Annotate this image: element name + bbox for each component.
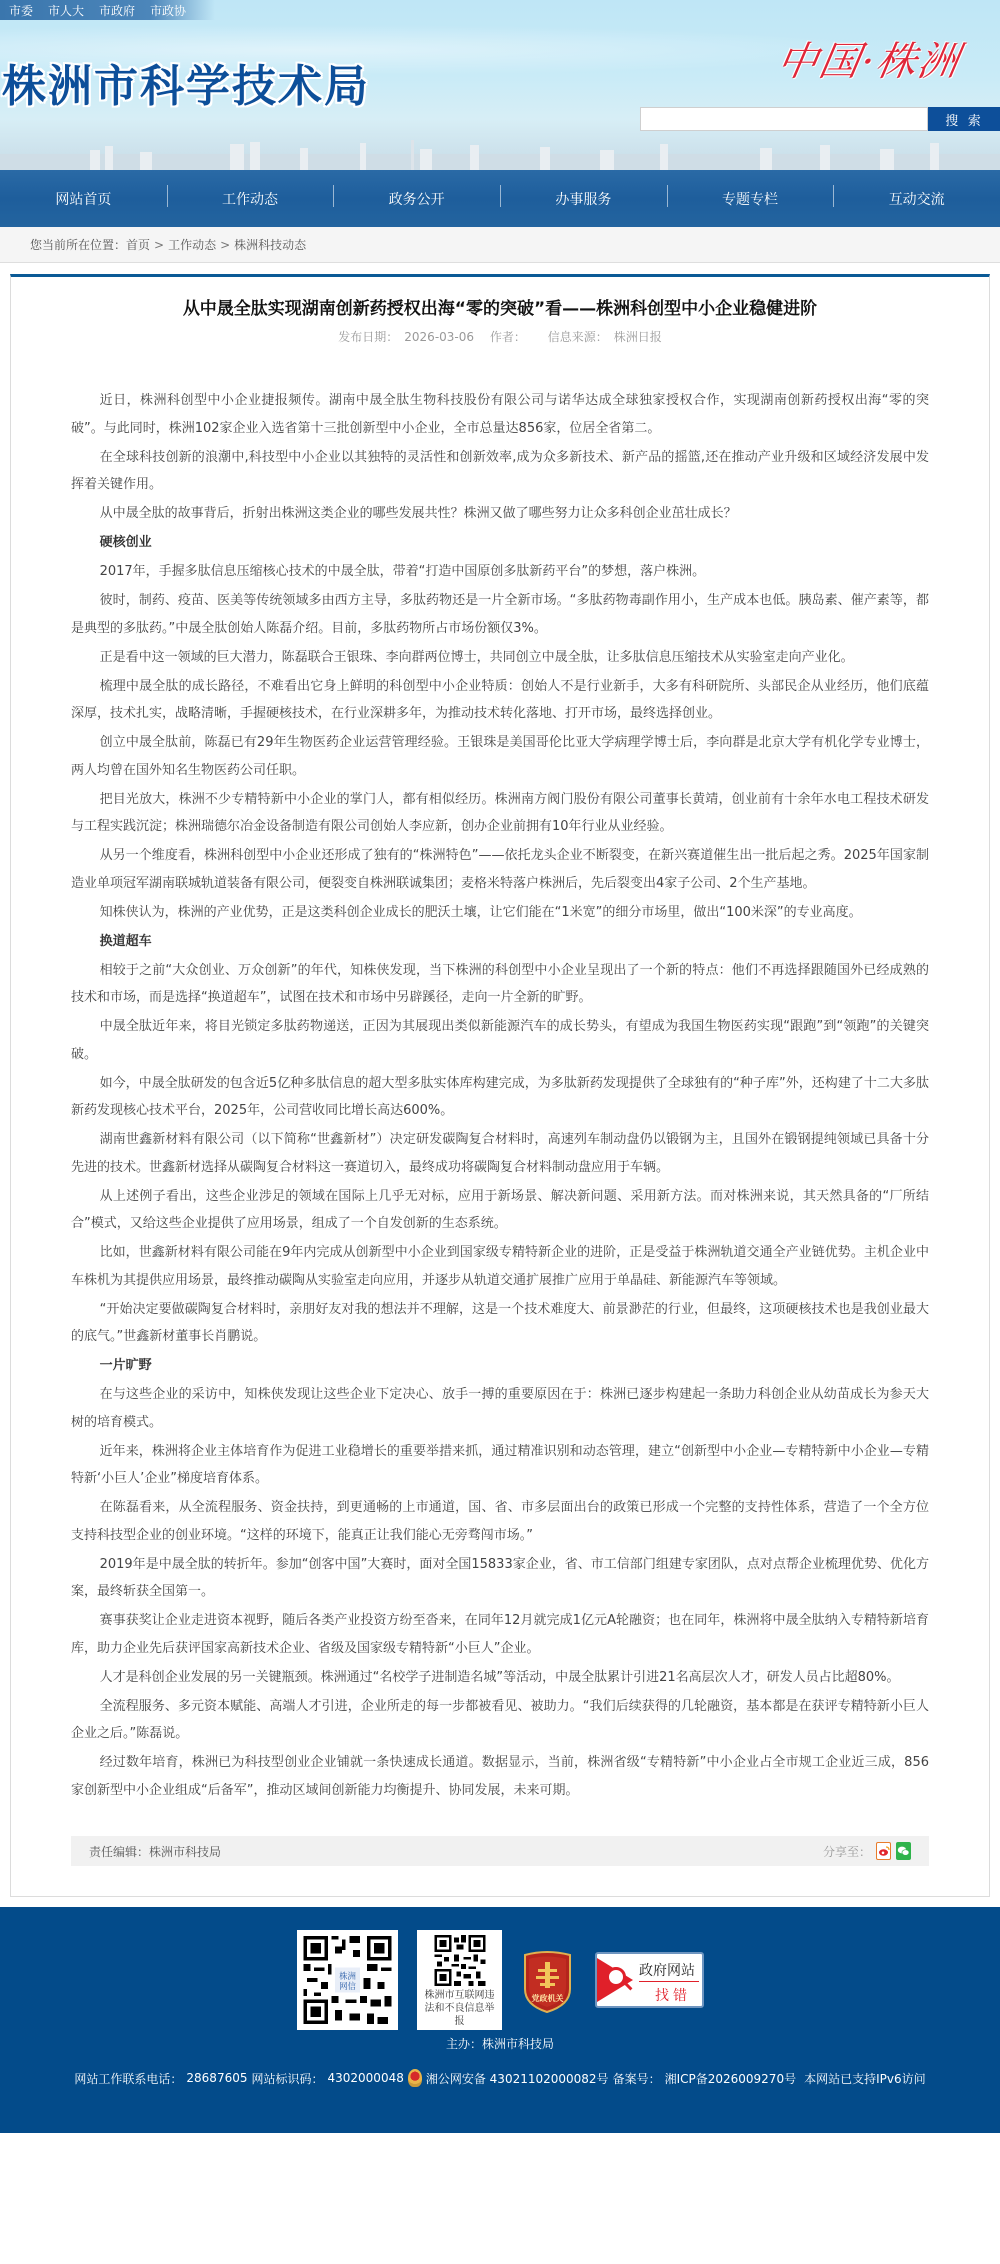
- editor-value: 株洲市科技局: [149, 1845, 221, 1859]
- main-nav: 网站首页 工作动态 政务公开 办事服务 专题专栏 互动交流: [0, 170, 1000, 227]
- findbug-subtitle: 找错: [655, 1985, 691, 2005]
- site-footer: 株洲 网信 株洲市互联网违法和不良信息举报: [0, 1907, 1000, 2133]
- article-paragraph: 中晟全肽近年来，将目光锁定多肽药物递送，正因为其展现出类似新能源汽车的成长势头，…: [71, 1013, 929, 1068]
- footer-info: 网站工作联系电话： 28687605 网站标识码： 4302000048 湘公网…: [0, 2069, 1000, 2087]
- search-button[interactable]: 搜 索: [928, 107, 1000, 131]
- government-site-find-error-button[interactable]: 政府网站 找错: [595, 1952, 704, 2008]
- article-title: 从中晟全肽实现湖南创新药授权出海“零的突破”看——株洲科创型中小企业稳健进阶: [71, 277, 929, 319]
- article-paragraph: 从中晟全肽的故事背后，折射出株洲这类企业的哪些发展共性？株洲又做了哪些努力让众多…: [71, 500, 929, 528]
- svg-text:网信: 网信: [339, 1981, 356, 1991]
- article-paragraph: 从上述例子看出，这些企业涉足的领域在国际上几乎无对标，应用于新场景、解决新问题、…: [71, 1183, 929, 1238]
- breadcrumb-separator: >: [154, 238, 164, 252]
- editor-label: 责任编辑：: [89, 1845, 149, 1859]
- china-zhuzhou-calligraphy: 中国·株洲: [773, 30, 966, 87]
- source-label: 信息来源：: [548, 330, 608, 344]
- police-record-link[interactable]: 湘公网安备 43021102000082号: [426, 2070, 609, 2087]
- report-qr-caption: 株洲市互联网违法和不良信息举报: [424, 1989, 495, 2028]
- article-paragraph: 在全球科技创新的浪潮中,科技型中小企业以其独特的灵活性和创新效率,成为众多新技术…: [71, 444, 929, 499]
- article-paragraph: 经过数年培育，株洲已为科技型创业企业铺就一条快速成长通道。数据显示，当前，株洲省…: [71, 1749, 929, 1804]
- wechat-icon[interactable]: [896, 1842, 911, 1860]
- top-link-party-committee[interactable]: 市委: [9, 2, 33, 19]
- site-id: 4302000048: [328, 2071, 404, 2085]
- nav-item-government-affairs[interactable]: 政务公开: [333, 189, 500, 209]
- publish-date: 发布日期：2026-03-06: [335, 330, 477, 344]
- icp-record-link[interactable]: 湘ICP备2026009270号: [665, 2070, 797, 2087]
- article-paragraph: 相较于之前“大众创业、万众创新”的年代，知株侠发现，当下株洲的科创型中小企业呈现…: [71, 957, 929, 1012]
- weibo-icon[interactable]: [876, 1842, 891, 1860]
- article-paragraph: 在陈磊看来，从全流程服务、资金扶持，到更通畅的上市通道，国、省、市多层面出台的政…: [71, 1494, 929, 1549]
- article-paragraph: 赛事获奖让企业走进资本视野，随后各类产业投资方纷至沓来，在同年12月就完成1亿元…: [71, 1607, 929, 1662]
- nav-item-special-topics[interactable]: 专题专栏: [667, 189, 834, 209]
- contact-phone: 28687605: [186, 2071, 247, 2085]
- search-form: 搜 索: [640, 107, 1000, 131]
- report-qr-code[interactable]: 株洲市互联网违法和不良信息举报: [417, 1930, 502, 2030]
- breadcrumb-prefix: 您当前所在位置：: [30, 236, 126, 253]
- findbug-divider: [639, 1981, 699, 1982]
- section-heading: 硬核创业: [71, 529, 929, 557]
- article-paragraph: 知株侠认为，株洲的产业优势，正是这类科创企业成长的肥沃土壤，让它们能在“1米宽”…: [71, 899, 929, 927]
- footer-badges: 株洲 网信 株洲市互联网违法和不良信息举报: [297, 1930, 704, 2030]
- top-link-peoples-congress[interactable]: 市人大: [48, 2, 84, 19]
- article-paragraph: 创立中晟全肽前，陈磊已有29年生物医药企业运营管理经验。王银珠是美国哥伦比亚大学…: [71, 729, 929, 784]
- footer-sponsor: 主办：株洲市科技局: [0, 2035, 1000, 2052]
- icp-label: 备案号：: [613, 2070, 661, 2087]
- article-paragraph: 彼时，制药、疫苗、医美等传统领域多由西方主导，多肽药物还是一片全新市场。“多肽药…: [71, 587, 929, 642]
- party-government-badge-icon[interactable]: 党政机关: [521, 1949, 574, 2013]
- article-paragraph: 2019年是中晟全肽的转折年。参加“创客中国”大赛时，面对全国15833家企业，…: [71, 1551, 929, 1606]
- breadcrumb: 您当前所在位置： 首页 > 工作动态 > 株洲科技动态: [0, 227, 1000, 263]
- nav-item-interaction[interactable]: 互动交流: [833, 189, 1000, 209]
- section-heading: 一片旷野: [71, 1352, 929, 1380]
- city-skyline-image: [0, 140, 1000, 170]
- site-header: 市委 市人大 市政府 市政协 株洲市科学技术局 中国·株洲 搜 索: [0, 0, 1000, 170]
- share-label: 分享至：: [823, 1843, 871, 1860]
- article-container: 从中晟全肽实现湖南创新药授权出海“零的突破”看——株洲科创型中小企业稳健进阶 发…: [10, 274, 990, 1897]
- article-paragraph: 人才是科创企业发展的另一关键瓶颈。株洲通过“名校学子进制造名城”等活动，中晟全肽…: [71, 1664, 929, 1692]
- ipv6-support: 本网站已支持IPv6访问: [804, 2070, 926, 2087]
- article-paragraph: 全流程服务、多元资本赋能、高端人才引进，企业所走的每一步都被看见、被助力。“我们…: [71, 1693, 929, 1748]
- breadcrumb-home[interactable]: 首页: [126, 236, 150, 253]
- nav-item-work-news[interactable]: 工作动态: [167, 189, 334, 209]
- article-body: 近日，株洲科创型中小企业捷报频传。湖南中晟全肽生物科技股份有限公司与诺华达成全球…: [71, 387, 929, 1804]
- breadcrumb-tech-news[interactable]: 株洲科技动态: [234, 236, 306, 253]
- police-emblem-icon: [408, 2069, 422, 2087]
- author: 作者：: [487, 330, 535, 344]
- top-links-bar: 市委 市人大 市政府 市政协: [0, 0, 215, 20]
- contact-label: 网站工作联系电话：: [74, 2070, 182, 2087]
- svg-text:党政机关: 党政机关: [532, 1993, 564, 2003]
- site-id-label: 网站标识码：: [251, 2070, 323, 2087]
- article-paragraph: 近年来，株洲将企业主体培育作为促进工业稳增长的重要举措来抓，通过精准识别和动态管…: [71, 1438, 929, 1493]
- article-paragraph: 湖南世鑫新材料有限公司（以下简称“世鑫新材”）决定研发碳陶复合材料时，高速列车制…: [71, 1126, 929, 1181]
- search-input[interactable]: [640, 107, 928, 131]
- article-meta: 发布日期：2026-03-06 作者： 信息来源：株洲日报: [71, 328, 929, 345]
- author-label: 作者：: [490, 330, 526, 344]
- article-paragraph: 把目光放大，株洲不少专精特新中小企业的掌门人，都有相似经历。株洲南方阀门股份有限…: [71, 786, 929, 841]
- nav-item-services[interactable]: 办事服务: [500, 189, 667, 209]
- article-paragraph: 在与这些企业的采访中，知株侠发现让这些企业下定决心、放手一搏的重要原因在于：株洲…: [71, 1381, 929, 1436]
- share-bar: 分享至：: [823, 1842, 911, 1860]
- article-paragraph: 从另一个维度看，株洲科创型中小企业还形成了独有的“株洲特色”——依托龙头企业不断…: [71, 842, 929, 897]
- article-paragraph: 梳理中晟全肽的成长路径，不难看出它身上鲜明的科创型中小企业特质：创始人不是行业新…: [71, 673, 929, 728]
- source-value: 株洲日报: [614, 330, 662, 344]
- breadcrumb-separator: >: [220, 238, 230, 252]
- article-paragraph: 近日，株洲科创型中小企业捷报频传。湖南中晟全肽生物科技股份有限公司与诺华达成全球…: [71, 387, 929, 442]
- source: 信息来源：株洲日报: [545, 330, 665, 344]
- article-paragraph: 正是看中这一领域的巨大潜力，陈磊联合王银珠、李向群两位博士，共同创立中晟全肽，让…: [71, 644, 929, 672]
- article-paragraph: 2017年，手握多肽信息压缩核心技术的中晟全肽，带着“打造中国原创多肽新药平台”…: [71, 558, 929, 586]
- article-paragraph: 如今，中晟全肽研发的包含近5亿种多肽信息的超大型多肽实体库构建完成，为多肽新药发…: [71, 1070, 929, 1125]
- svg-text:株洲: 株洲: [339, 1971, 356, 1981]
- section-heading: 换道超车: [71, 928, 929, 956]
- site-title-logo[interactable]: 株洲市科学技术局: [2, 50, 370, 114]
- publish-date-value: 2026-03-06: [404, 330, 474, 344]
- top-link-cppcc[interactable]: 市政协: [150, 2, 186, 19]
- findbug-title: 政府网站: [639, 1960, 695, 1980]
- breadcrumb-work-news[interactable]: 工作动态: [168, 236, 216, 253]
- article-paragraph: 比如，世鑫新材料有限公司能在9年内完成从创新型中小企业到国家级专精特新企业的进阶…: [71, 1239, 929, 1294]
- responsible-editor: 责任编辑：株洲市科技局: [89, 1843, 221, 1860]
- article-footer-bar: 责任编辑：株洲市科技局 分享至：: [71, 1836, 929, 1866]
- nav-item-home[interactable]: 网站首页: [0, 189, 167, 209]
- publish-date-label: 发布日期：: [338, 330, 398, 344]
- article-paragraph: “开始决定要做碳陶复合材料时，亲朋好友对我的想法并不理解，这是一个技术难度大、前…: [71, 1296, 929, 1351]
- top-link-government[interactable]: 市政府: [99, 2, 135, 19]
- wechat-qr-code: 株洲 网信: [297, 1930, 398, 2030]
